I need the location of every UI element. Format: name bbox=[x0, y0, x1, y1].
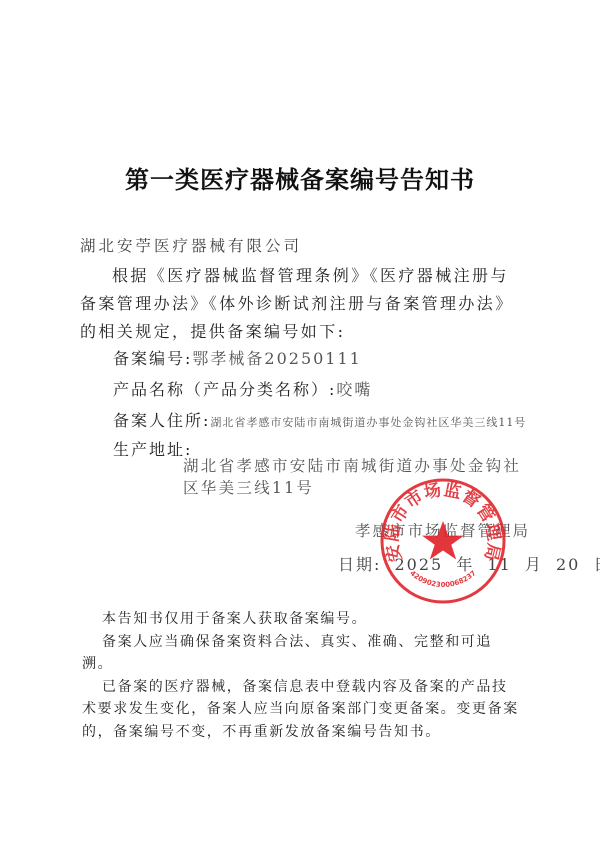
field-value: 咬嘴 bbox=[336, 380, 372, 399]
seal-ring-text: 安陆市市场监督管理局 bbox=[381, 479, 503, 564]
svg-text:安陆市市场监督管理局: 安陆市市场监督管理局 bbox=[381, 479, 503, 564]
field-value: 鄂孝械备20250111 bbox=[192, 349, 361, 368]
field-label: 备案编号: bbox=[113, 349, 192, 368]
note-item: 已备案的医疗器械，备案信息表中登载内容及备案的产品技术要求发生变化，备案人应当向… bbox=[82, 676, 522, 744]
seal-code: 420902300068237 bbox=[408, 569, 477, 589]
field-production-address: 生产地址: bbox=[113, 437, 192, 460]
company-name: 湖北安苧医疗器械有限公司 bbox=[80, 234, 302, 256]
date-month-unit: 月 bbox=[525, 555, 543, 574]
date-day-unit: 日 bbox=[593, 555, 600, 574]
seal-icon: 安陆市市场监督管理局 420902300068237 bbox=[378, 476, 508, 606]
svg-text:420902300068237: 420902300068237 bbox=[408, 569, 477, 589]
official-seal: 安陆市市场监督管理局 420902300068237 bbox=[378, 476, 508, 606]
note-item: 本告知书仅用于备案人获取备案编号。 bbox=[82, 608, 522, 631]
date-day: 20 bbox=[556, 555, 580, 574]
field-label: 备案人住所: bbox=[113, 411, 210, 430]
intro-paragraph: 根据《医疗器械监督管理条例》《医疗器械注册与备案管理办法》《体外诊断试剂注册与备… bbox=[80, 262, 520, 346]
field-record-number: 备案编号:鄂孝械备20250111 bbox=[113, 346, 362, 369]
field-value: 湖北省孝感市安陆市南城街道办事处金钩社区华美三线11号 bbox=[210, 416, 526, 429]
field-registrant-address: 备案人住所:湖北省孝感市安陆市南城街道办事处金钩社区华美三线11号 bbox=[113, 408, 526, 431]
notes-section: 本告知书仅用于备案人获取备案编号。 备案人应当确保备案资料合法、真实、准确、完整… bbox=[82, 608, 522, 743]
date-label: 日期: bbox=[338, 555, 381, 574]
document-title: 第一类医疗器械备案编号告知书 bbox=[0, 160, 600, 195]
field-label: 生产地址: bbox=[113, 440, 192, 459]
field-label: 产品名称（产品分类名称）: bbox=[113, 380, 336, 399]
field-product-name: 产品名称（产品分类名称）:咬嘴 bbox=[113, 377, 372, 400]
note-item: 备案人应当确保备案资料合法、真实、准确、完整和可追溯。 bbox=[82, 631, 522, 676]
